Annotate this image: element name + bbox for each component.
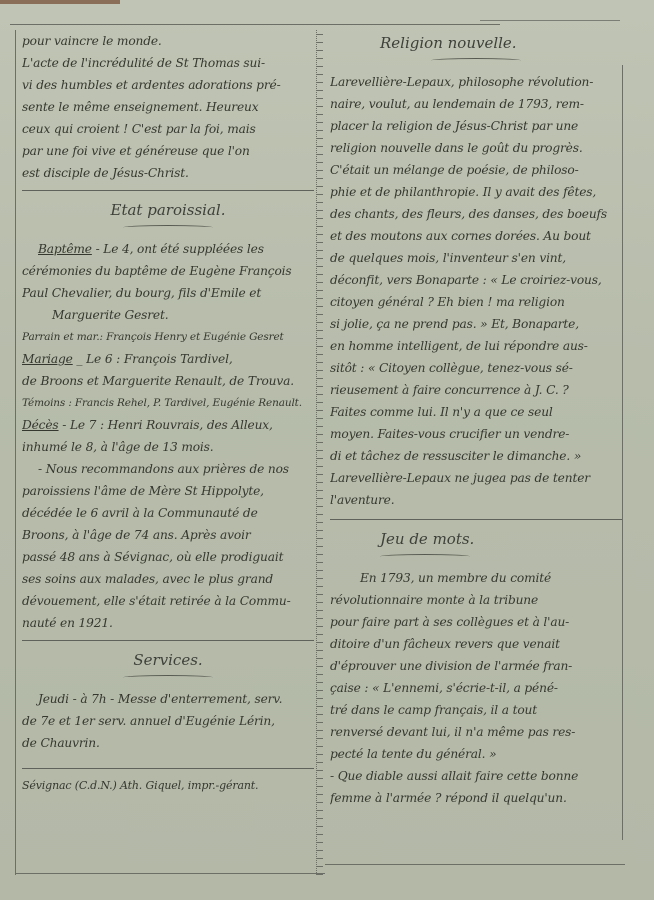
text-line: renversé devant lui, il n'a même pas res… — [330, 721, 622, 743]
text-line: d'éprouver une division de l'armée fran- — [330, 655, 622, 677]
left-column: pour vaincre le monde. L'acte de l'incré… — [22, 30, 314, 797]
text-line: naire, voulut, au lendemain de 1793, rem… — [330, 93, 622, 115]
text-line: déconfit, vers Bonaparte : « Le croiriez… — [330, 269, 622, 291]
text-line: Paul Chevalier, du bourg, fils d'Emile e… — [22, 282, 314, 304]
text-line: rieusement à faire concurrence à J. C. ? — [330, 379, 622, 401]
text-line: révolutionnaire monte à la tribune — [330, 589, 622, 611]
text-line: Jeudi - à 7h - Messe d'enterrement, serv… — [22, 688, 314, 710]
text-line: - Que diable aussi allait faire cette bo… — [330, 765, 622, 787]
title-flourish — [380, 554, 470, 559]
newsletter-page: pour vaincre le monde. L'acte de l'incré… — [0, 0, 654, 900]
text-line: des chants, des fleurs, des danses, des … — [330, 203, 622, 225]
text-line: inhumé le 8, à l'âge de 13 mois. — [22, 436, 314, 458]
section-divider — [22, 190, 314, 191]
text-line: dévouement, elle s'était retirée à la Co… — [22, 590, 314, 612]
text-line: C'était un mélange de poésie, de philoso… — [330, 159, 622, 181]
title-flourish — [123, 225, 213, 230]
text-line: femme à l'armée ? répond il quelqu'un. — [330, 787, 622, 809]
text-line: Témoins : Francis Rehel, P. Tardivel, Eu… — [22, 392, 314, 414]
text-line: nauté en 1921. — [22, 612, 314, 634]
text-line: pour vaincre le monde. — [22, 30, 314, 52]
text-line: Parrain et mar.: François Henry et Eugén… — [22, 326, 314, 348]
text-line: l'aventure. — [330, 489, 622, 511]
text-line: placer la religion de Jésus-Christ par u… — [330, 115, 622, 137]
column-divider — [316, 30, 323, 875]
text-line: en homme intelligent, de lui répondre au… — [330, 335, 622, 357]
text-line: de 7e et 1er serv. annuel d'Eugénie Léri… — [22, 710, 314, 732]
section-title: Jeu de mots. — [330, 526, 622, 552]
text-line: ceux qui croient ! C'est par la foi, mai… — [22, 118, 314, 140]
text-line: ses soins aux malades, avec le plus gran… — [22, 568, 314, 590]
text-line: - Le 7 : Henri Rouvrais, des Alleux, — [59, 418, 273, 432]
text-line: de Chauvrin. — [22, 732, 314, 754]
services-section: Services. Jeudi - à 7h - Messe d'enterre… — [22, 647, 314, 754]
text-line: Faites comme lui. Il n'y a que ce seul — [330, 401, 622, 423]
text-line: sitôt : « Citoyen collègue, tenez-vous s… — [330, 357, 622, 379]
frame-right-rule — [622, 65, 623, 840]
section-title: Religion nouvelle. — [330, 30, 622, 56]
text-line: citoyen général ? Eh bien ! ma religion — [330, 291, 622, 313]
etat-paroissial-section: Etat paroissial. Baptême - Le 4, ont été… — [22, 197, 314, 634]
text-line: et des moutons aux cornes dorées. Au bou… — [330, 225, 622, 247]
mariage-label: Mariage — [22, 352, 73, 366]
jeu-de-mots-section: Jeu de mots. En 1793, un membre du comit… — [330, 526, 622, 809]
intro-paragraph: pour vaincre le monde. L'acte de l'incré… — [22, 30, 314, 184]
section-divider — [22, 768, 314, 769]
text-line: di et tâchez de ressusciter le dimanche.… — [330, 445, 622, 467]
text-line: phie et de philanthropie. Il y avait des… — [330, 181, 622, 203]
section-divider — [330, 519, 622, 520]
text-line: ditoire d'un fâcheux revers que venait — [330, 633, 622, 655]
right-column: Religion nouvelle. Larevellière-Lepaux, … — [330, 30, 622, 809]
text-line: Larevellière-Lepaux ne jugea pas de tent… — [330, 467, 622, 489]
printer-imprint: Sévignac (C.d.N.) Ath. Giquel, impr.-gér… — [22, 775, 314, 797]
religion-nouvelle-section: Religion nouvelle. Larevellière-Lepaux, … — [330, 30, 622, 511]
frame-bottom-rule — [15, 873, 325, 874]
text-line: - Le 4, ont été suppléées les — [92, 242, 264, 256]
text-line: est disciple de Jésus-Christ. — [22, 162, 314, 184]
text-line: cérémonies du baptême de Eugène François — [22, 260, 314, 282]
text-line: moyen. Faites-vous crucifier un vendre- — [330, 423, 622, 445]
frame-top-rule-right — [480, 20, 620, 21]
text-line: par une foi vive et généreuse que l'on — [22, 140, 314, 162]
page-edge — [0, 0, 120, 4]
text-line: vi des humbles et ardentes adorations pr… — [22, 74, 314, 96]
section-title: Etat paroissial. — [22, 197, 314, 223]
title-flourish — [431, 58, 521, 63]
title-flourish — [123, 675, 213, 680]
text-line: L'acte de l'incrédulité de St Thomas sui… — [22, 52, 314, 74]
text-line: pour faire part à ses collègues et à l'a… — [330, 611, 622, 633]
frame-bottom-rule-right — [325, 864, 625, 865]
text-line: çaise : « L'ennemi, s'écrie-t-il, a péné… — [330, 677, 622, 699]
text-line: paroissiens l'âme de Mère St Hippolyte, — [22, 480, 314, 502]
text-line: de Broons et Marguerite Renault, de Trou… — [22, 370, 314, 392]
text-line: tré dans le camp français, il a tout — [330, 699, 622, 721]
text-line: - Nous recommandons aux prières de nos — [22, 458, 314, 480]
text-line: décédée le 6 avril à la Communauté de — [22, 502, 314, 524]
text-line: si jolie, ça ne prend pas. » Et, Bonapar… — [330, 313, 622, 335]
text-line: _ Le 6 : François Tardivel, — [73, 352, 233, 366]
section-title: Services. — [22, 647, 314, 673]
text-line: sente le même enseignement. Heureux — [22, 96, 314, 118]
text-line: religion nouvelle dans le goût du progrè… — [330, 137, 622, 159]
section-divider — [22, 640, 314, 641]
text-line: Broons, à l'âge de 74 ans. Après avoir — [22, 524, 314, 546]
text-line: passé 48 ans à Sévignac, où elle prodigu… — [22, 546, 314, 568]
text-line: Marguerite Gesret. — [22, 304, 314, 326]
text-line: Larevellière-Lepaux, philosophe révoluti… — [330, 71, 622, 93]
text-line: pecté la tente du général. » — [330, 743, 622, 765]
frame-top-rule — [10, 24, 500, 25]
frame-left-rule — [15, 30, 16, 875]
text-line: En 1793, un membre du comité — [330, 567, 622, 589]
bapteme-label: Baptême — [38, 242, 92, 256]
deces-label: Décès — [22, 418, 59, 432]
text-line: de quelques mois, l'inventeur s'en vint, — [330, 247, 622, 269]
